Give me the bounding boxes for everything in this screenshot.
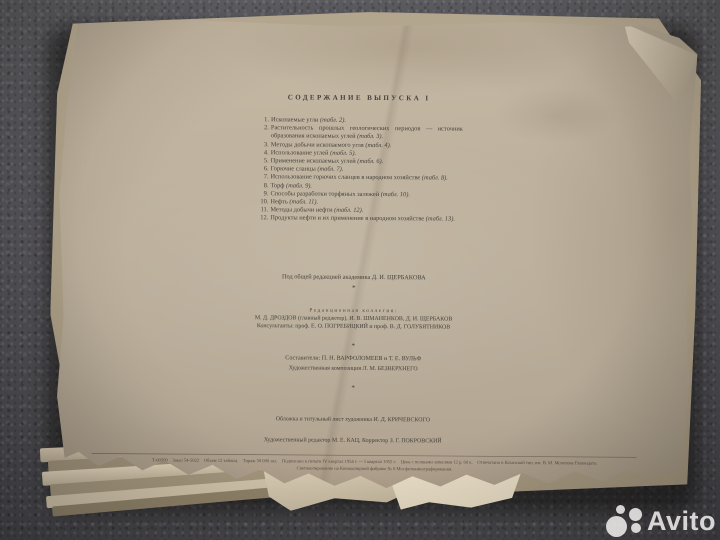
list-item-table-ref: (табл. 6). bbox=[357, 158, 383, 165]
list-item-number: 4. bbox=[257, 149, 269, 157]
list-item-text: Горючие сланцы (табл. 7). bbox=[271, 165, 344, 173]
list-item-text: Ископаемые угли (табл. 2). bbox=[271, 116, 346, 124]
list-item-table-ref: (табл. 13). bbox=[426, 216, 455, 223]
list-item-table-ref: (табл. 5). bbox=[330, 149, 356, 156]
consultants-line: Консультанты: проф. Е. О. ПОГРЕБИЦКИЙ и … bbox=[154, 322, 554, 331]
page-title: СОДЕРЖАНИЕ ВЫПУСКА I bbox=[253, 93, 465, 102]
avito-logo-icon bbox=[606, 504, 642, 538]
list-item-number: 2. bbox=[257, 124, 269, 132]
avito-circle-icon bbox=[629, 508, 642, 521]
list-item-number: 9. bbox=[256, 190, 268, 198]
list-item-number: 10. bbox=[256, 198, 268, 206]
avito-circle-icon bbox=[606, 516, 627, 537]
list-item-number: 11. bbox=[256, 206, 268, 214]
list-item-table-ref: (табл. 7). bbox=[317, 166, 343, 173]
list-item-table-ref: (табл. 12). bbox=[334, 207, 363, 214]
carpet-background: СОДЕРЖАНИЕ ВЫПУСКА I 1.Ископаемые угли (… bbox=[0, 0, 720, 540]
avito-circle-icon bbox=[616, 505, 625, 514]
contents-list: 1.Ископаемые угли (табл. 2).2.Растительн… bbox=[256, 116, 463, 224]
separator-star: * bbox=[153, 340, 553, 351]
list-item: 12.Продукты нефти и их применение в наро… bbox=[256, 215, 462, 225]
list-item-text: Растительность прошлых геологических пер… bbox=[271, 124, 463, 140]
list-item-table-ref: (табл. 8). bbox=[422, 175, 448, 182]
list-item-text: Методы добычи нефти (табл. 12). bbox=[270, 206, 363, 214]
art-composition-line: Художественная композиция Л. М. БЕЗВЕРХН… bbox=[153, 364, 553, 373]
list-item-table-ref: (табл. 9). bbox=[286, 182, 312, 189]
art-editor-line: Художественный редактор М. Е. КАЦ, Корре… bbox=[153, 436, 553, 445]
list-item-table-ref: (табл. 11). bbox=[289, 198, 318, 205]
list-item-text: Применение ископаемых углей (табл. 6). bbox=[271, 157, 384, 165]
paper-sheet: СОДЕРЖАНИЕ ВЫПУСКА I 1.Ископаемые угли (… bbox=[54, 16, 697, 502]
list-item-number: 7. bbox=[257, 174, 269, 182]
list-item-text: Продукты нефти и их применение в народно… bbox=[270, 215, 455, 223]
list-item-table-ref: (табл. 10). bbox=[381, 191, 410, 198]
compilers-line: Составители: П. Н. ВАРФОЛОМЕЕВ и Т. Е. В… bbox=[153, 354, 553, 363]
avito-wordmark: Avito bbox=[647, 508, 716, 535]
list-item-number: 1. bbox=[257, 116, 269, 124]
list-item-number: 6. bbox=[257, 165, 269, 173]
list-item-number: 3. bbox=[257, 141, 269, 149]
list-item-text: Способы разработки торфяных залежей (таб… bbox=[270, 190, 410, 198]
list-item-table-ref: (табл. 4). bbox=[365, 142, 391, 149]
list-item-text: Торф (табл. 9). bbox=[270, 182, 312, 189]
avito-circle-icon bbox=[631, 523, 641, 533]
list-item-table-ref: (табл. 3). bbox=[357, 133, 383, 140]
list-item-text: Использование горючих сланцев в народном… bbox=[271, 174, 448, 182]
general-editor-line: Под общей редакцией академика Д. И. ЩЕРБ… bbox=[154, 272, 554, 282]
separator-star: * bbox=[153, 382, 553, 393]
list-item-number: 5. bbox=[257, 157, 269, 165]
list-item-text: Использование углей (табл. 5). bbox=[271, 149, 356, 157]
list-item-table-ref: (табл. 2). bbox=[320, 117, 346, 124]
separator-star: * bbox=[154, 282, 554, 293]
list-item-text: Нефть (табл. 11). bbox=[270, 198, 318, 205]
avito-watermark: Avito bbox=[606, 504, 716, 538]
list-item-number: 8. bbox=[256, 182, 268, 190]
list-item-number: 12. bbox=[256, 215, 268, 223]
cover-artist-line: Обложка и титульный лист художника И. Д.… bbox=[153, 415, 553, 424]
list-item-text: Методы добычи ископаемого угля (табл. 4)… bbox=[271, 141, 392, 149]
list-item: 2.Растительность прошлых геологических п… bbox=[257, 124, 463, 142]
